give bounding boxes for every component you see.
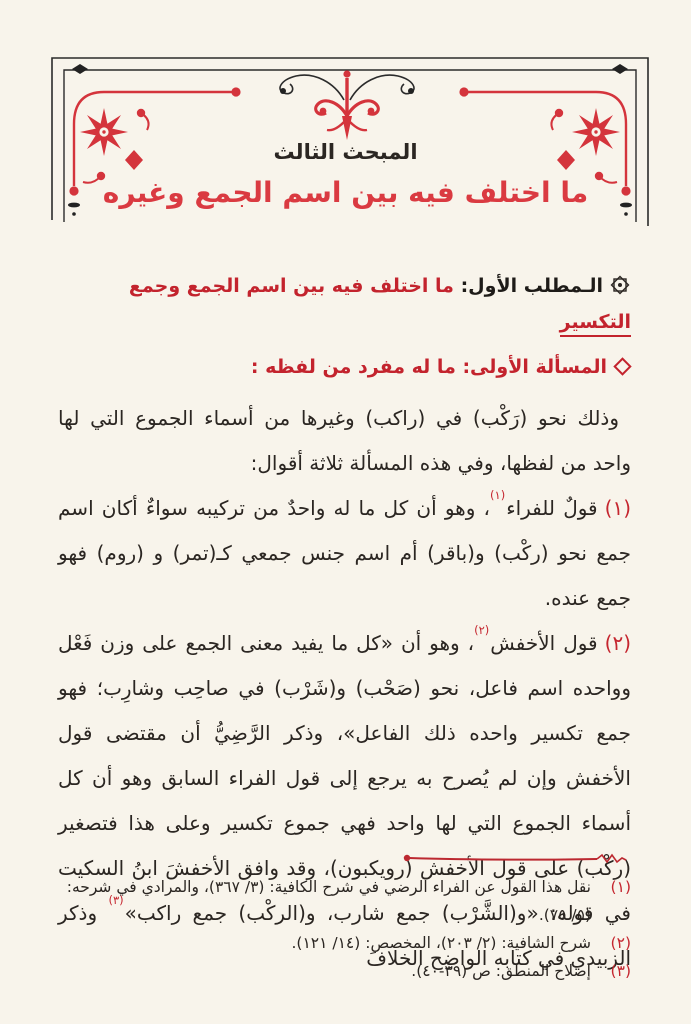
paragraph-intro: وذلك نحو (رَكْب) في (راكب) وغيرها من أسم… <box>58 396 631 486</box>
section-heading-masala: المسألة الأولى: ما له مفرد من لفظه : <box>58 352 631 382</box>
footnote-number: (١) <box>591 873 631 901</box>
footnote-number: (٣) <box>591 957 631 985</box>
section-heading-matlab: الـمطلب الأول: ما اختلف فيه بين اسم الجم… <box>58 270 631 339</box>
footnote-text: إصلاح المنطق: ص (٣٩-٤٠). <box>58 957 591 985</box>
footnote-row-2: (٢) شرح الشافية: (٢/ ٢٠٣)، المخصص: (١٤/ … <box>58 929 631 957</box>
list-number-1: (١) <box>605 496 631 520</box>
rub-el-hizb-icon <box>609 274 631 306</box>
footnote-row-3: (٣) إصلاح المنطق: ص (٣٩-٤٠). <box>58 957 631 985</box>
matlab-title-main: ما اختلف فيه بين اسم الجمع وجمع <box>129 275 454 297</box>
frame-diamond-right-icon <box>612 64 628 74</box>
bracket-curl-dot-right <box>408 88 414 94</box>
diamond-bullet-icon <box>613 357 631 375</box>
footnote-text: شرح الشافية: (٢/ ٢٠٣)، المخصص: (١٤/ ١٢١)… <box>58 929 591 957</box>
opinion-2-text: قول الأخفش <box>490 631 597 655</box>
chapter-kicker: المبحث الثالث <box>0 140 691 164</box>
book-page: المبحث الثالث ما اختلف فيه بين اسم الجمع… <box>0 0 691 1024</box>
matlab-label: الـمطلب الأول: <box>461 275 603 297</box>
matlab-title-underlined: التكسير <box>560 311 631 337</box>
footnotes-section: (١) نقل هذا القول عن الفراء الرضي في شرح… <box>58 851 631 985</box>
page-title: ما اختلف فيه بين اسم الجمع وغيره <box>0 176 691 209</box>
footnote-row-1: (١) نقل هذا القول عن الفراء الرضي في شرح… <box>58 873 631 929</box>
footnote-text: نقل هذا القول عن الفراء الرضي في شرح الك… <box>58 873 591 929</box>
bracket-curl-dot-left <box>280 88 286 94</box>
footnote-separator <box>401 851 629 867</box>
frame-diamond-left-icon <box>72 64 88 74</box>
opinion-1-text: قولٌ للفراء <box>506 496 597 520</box>
footnote-marker-1: (١) <box>490 488 505 502</box>
masala-text: المسألة الأولى: ما له مفرد من لفظه : <box>251 356 607 378</box>
footnote-number: (٢) <box>591 929 631 957</box>
footnote-marker-2: (٢) <box>474 623 489 637</box>
list-number-2: (٢) <box>605 631 631 655</box>
paragraph-opinion-1: (١)قولٌ للفراء(١)، وهو أن كل ما له واحدٌ… <box>58 486 631 621</box>
